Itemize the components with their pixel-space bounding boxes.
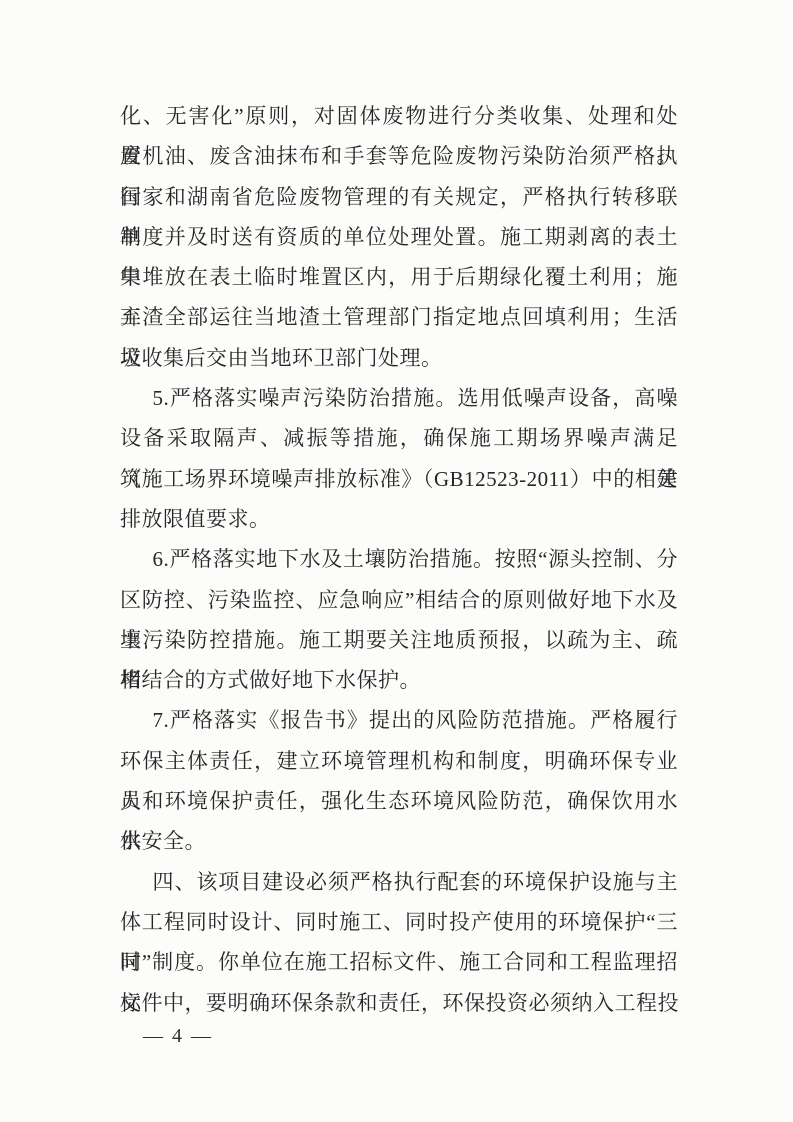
text-line: 弃渣全部运往当地渣土管理部门指定地点回填利用；生活垃 [120, 297, 678, 337]
text-line: 设备采取隔声、减振等措施，确保施工期场界噪声满足《建 [120, 418, 678, 458]
text-line: 员和环境保护责任，强化生态环境风险防范，确保饮用水供 [120, 781, 678, 821]
document-page: 化、无害化”原则，对固体废物进行分类收集、处理和处置。废机油、废含油抹布和手套等… [0, 0, 793, 1122]
text-line: 7.严格落实《报告书》提出的风险防范措施。严格履行 [120, 700, 678, 740]
text-line: 文件中，要明确环保条款和责任，环保投资必须纳入工程投 [120, 983, 678, 1023]
page-number: — 4 — [143, 1025, 213, 1047]
text-line: 时”制度。你单位在施工招标文件、施工合同和工程监理招标 [120, 942, 678, 982]
text-line: 壤污染防控措施。施工期要关注地质预报，以疏为主、疏堵 [120, 620, 678, 660]
text-line: 5.严格落实噪声污染防治措施。选用低噪声设备，高噪 [120, 378, 678, 418]
text-line: 废机油、废含油抹布和手套等危险废物污染防治须严格执行 [120, 136, 678, 176]
page-footer: — 4 — [143, 1025, 213, 1048]
text-line: 化、无害化”原则，对固体废物进行分类收集、处理和处置。 [120, 96, 678, 136]
document-body: 化、无害化”原则，对固体废物进行分类收集、处理和处置。废机油、废含油抹布和手套等… [120, 96, 678, 1023]
text-line: 水安全。 [120, 821, 678, 861]
text-line: 排放限值要求。 [120, 499, 678, 539]
text-line: 相结合的方式做好地下水保护。 [120, 660, 678, 700]
text-line: 6.严格落实地下水及土壤防治措施。按照“源头控制、分 [120, 539, 678, 579]
text-line: 制度并及时送有资质的单位处理处置。施工期剥离的表土集 [120, 217, 678, 257]
text-line: 中堆放在表土临时堆置区内，用于后期绿化覆土利用；施工 [120, 257, 678, 297]
text-line: 环保主体责任，建立环境管理机构和制度，明确环保专业人 [120, 741, 678, 781]
text-line: 区防控、污染监控、应急响应”相结合的原则做好地下水及土 [120, 580, 678, 620]
text-line: 筑施工场界环境噪声排放标准》（GB12523-2011）中的相关 [120, 459, 678, 499]
text-line: 体工程同时设计、同时施工、同时投产使用的环境保护“三同 [120, 902, 678, 942]
text-line: 圾收集后交由当地环卫部门处理。 [120, 338, 678, 378]
text-line: 国家和湖南省危险废物管理的有关规定，严格执行转移联单 [120, 177, 678, 217]
text-line: 四、该项目建设必须严格执行配套的环境保护设施与主 [120, 862, 678, 902]
